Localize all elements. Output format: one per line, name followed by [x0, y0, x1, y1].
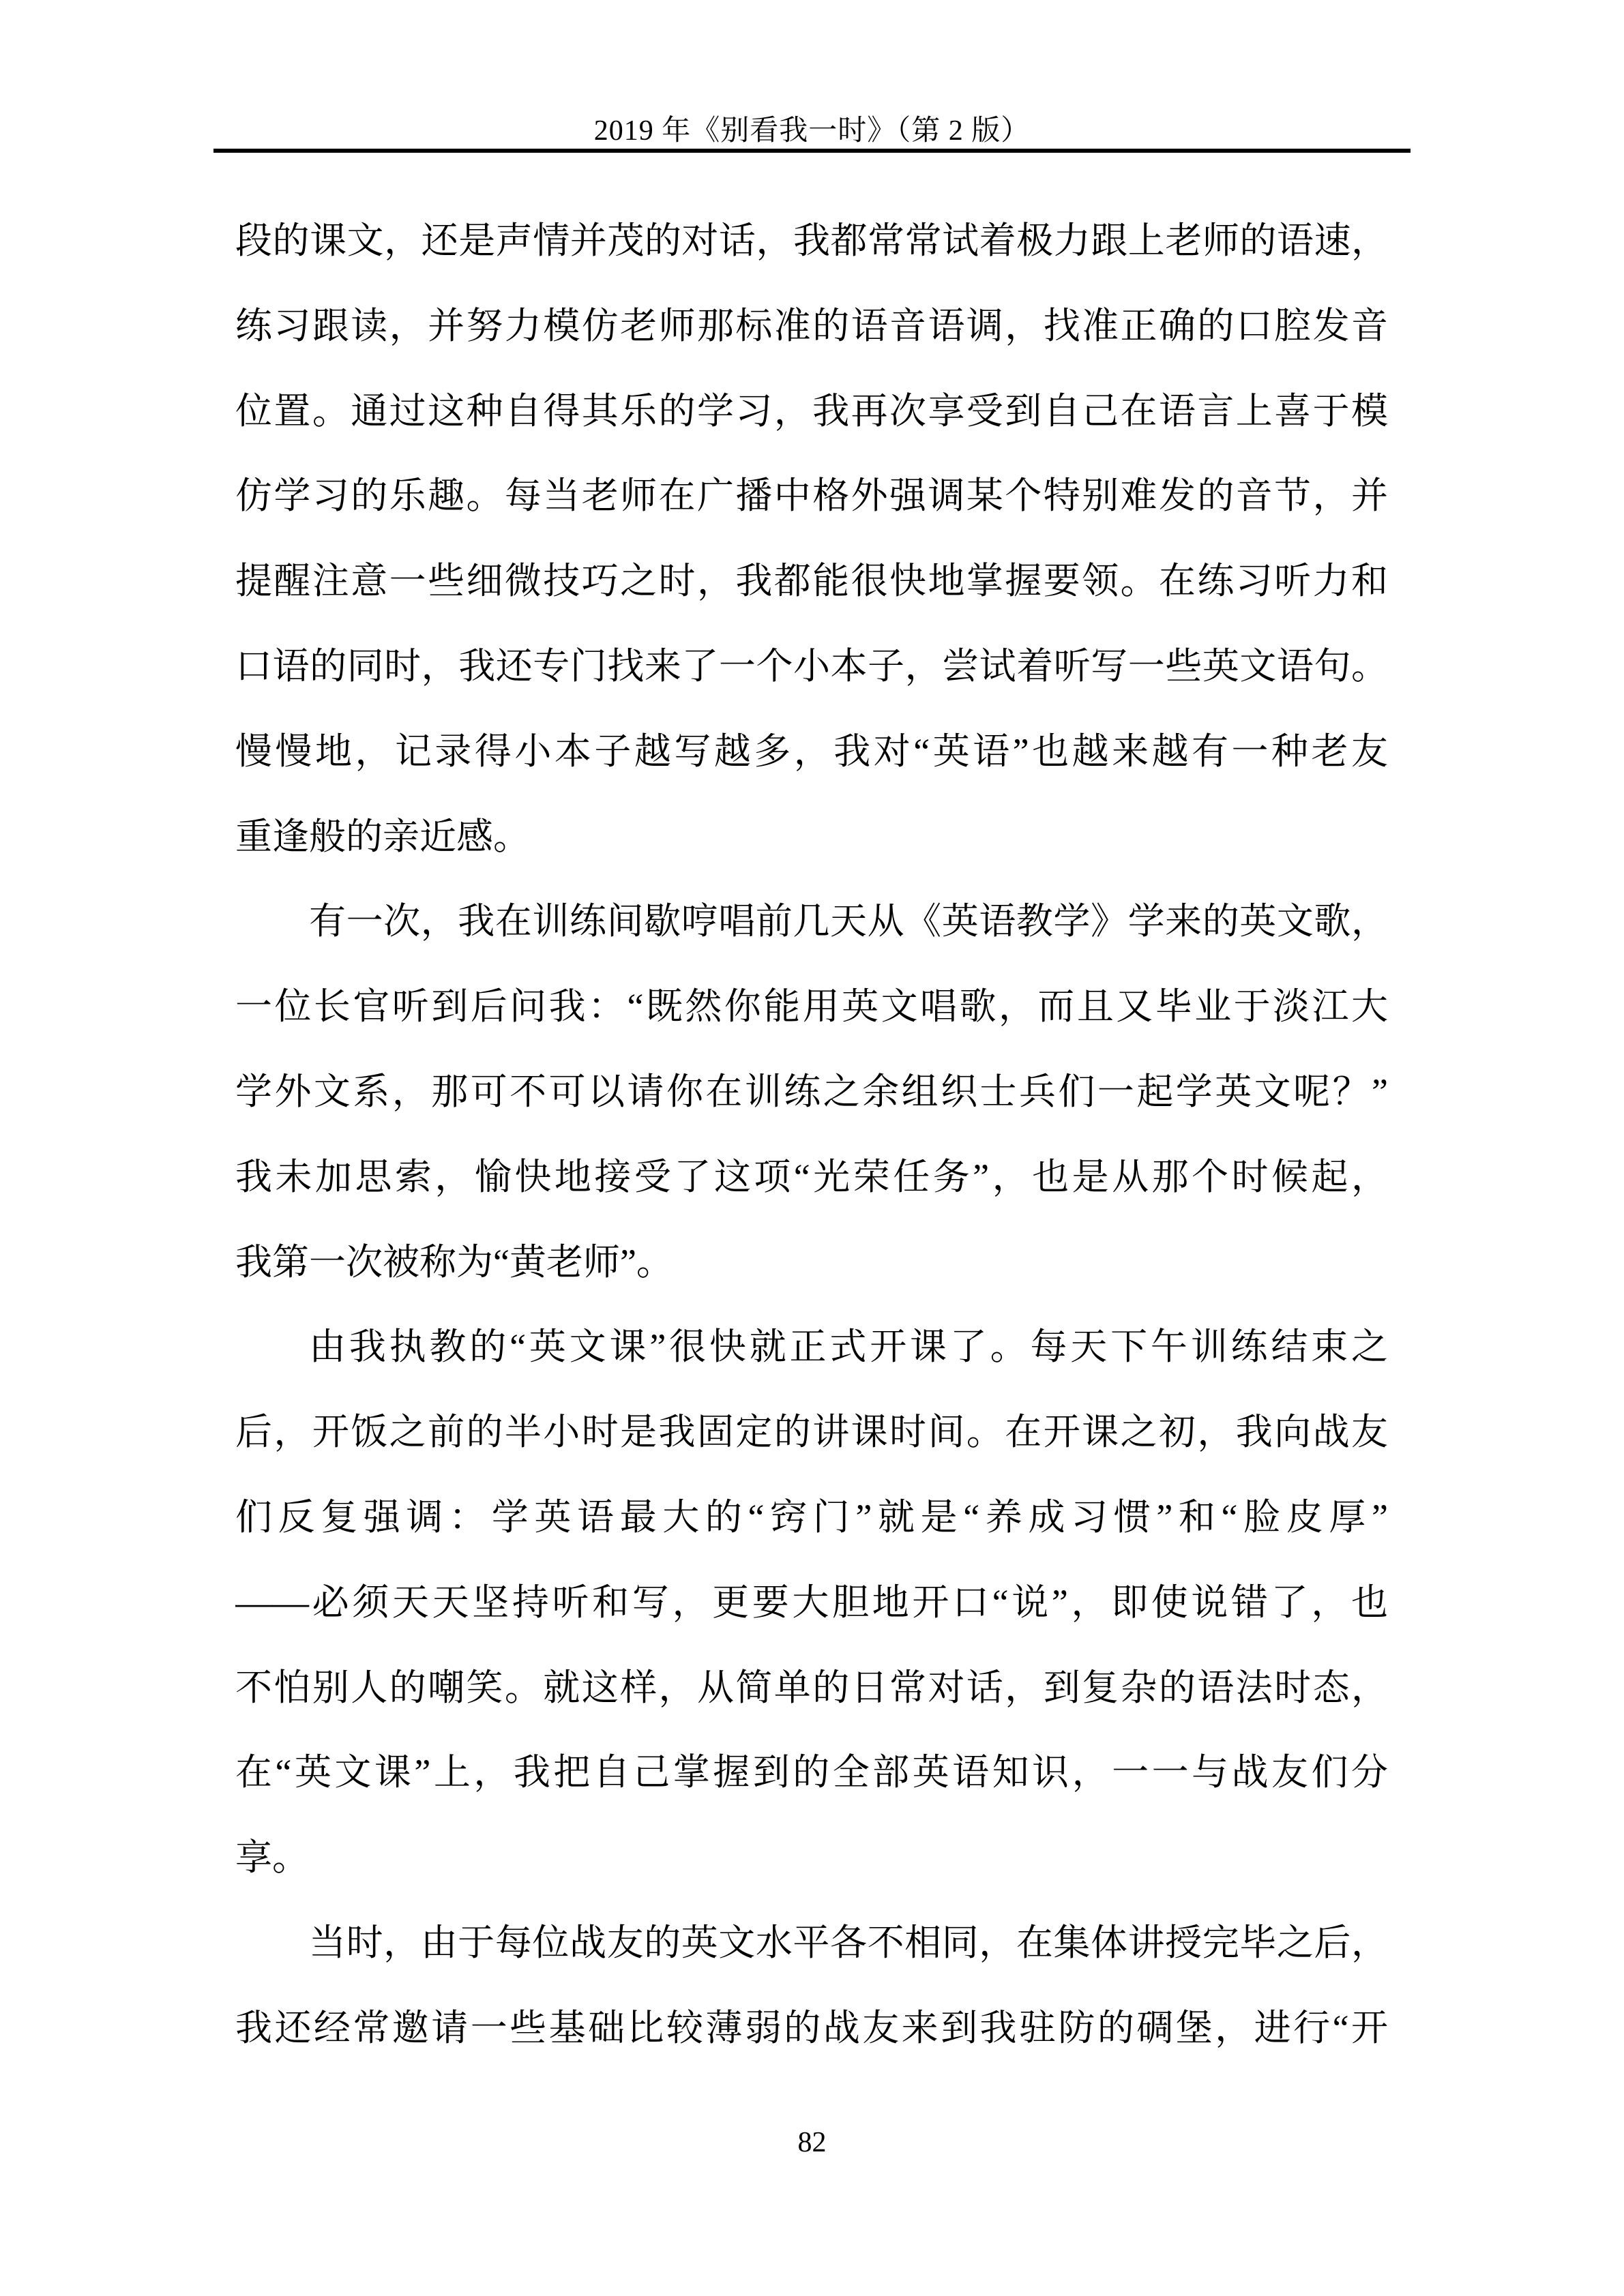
text-line: 练习跟读，并努力模仿老师那标准的语音语调，找准正确的口腔发音	[235, 284, 1388, 369]
text-line: 我第一次被称为“黄老师”。	[235, 1220, 1388, 1305]
text-line: 们反复强调：学英语最大的“窍门”就是“养成习惯”和“脸皮厚”	[235, 1475, 1388, 1560]
text-line: 段的课文，还是声情并茂的对话，我都常常试着极力跟上老师的语速，	[235, 198, 1388, 284]
text-line: 由我执教的“英文课”很快就正式开课了。每天下午训练结束之	[235, 1304, 1388, 1390]
document-page: 2019 年《别看我一时》（第 2 版） 段的课文，还是声情并茂的对话，我都常常…	[0, 0, 1624, 2296]
text-line: 口语的同时，我还专门找来了一个小本子，尝试着听写一些英文语句。	[235, 624, 1388, 709]
page-header-title: 2019 年《别看我一时》（第 2 版）	[0, 108, 1624, 149]
page-number: 82	[0, 2126, 1624, 2159]
text-line: 当时，由于每位战友的英文水平各不相同，在集体讲授完毕之后，	[235, 1900, 1388, 1986]
text-line: 我还经常邀请一些基础比较薄弱的战友来到我驻防的碉堡，进行“开	[235, 1986, 1388, 2071]
text-line: 有一次，我在训练间歇哼唱前几天从《英语教学》学来的英文歌，	[235, 879, 1388, 964]
text-line: 不怕别人的嘲笑。就这样，从简单的日常对话，到复杂的语法时态，	[235, 1645, 1388, 1731]
text-line: 慢慢地，记录得小本子越写越多，我对“英语”也越来越有一种老友	[235, 709, 1388, 794]
text-line: 我未加思索，愉快地接受了这项“光荣任务”，也是从那个时候起，	[235, 1135, 1388, 1220]
text-line: 享。	[235, 1815, 1388, 1900]
header-divider-rule	[213, 149, 1411, 153]
text-line: 仿学习的乐趣。每当老师在广播中格外强调某个特别难发的音节，并	[235, 453, 1388, 539]
text-line: 后，开饭之前的半小时是我固定的讲课时间。在开课之初，我向战友	[235, 1390, 1388, 1475]
text-line: 一位长官听到后问我：“既然你能用英文唱歌，而且又毕业于淡江大	[235, 964, 1388, 1049]
text-line: ——必须天天坚持听和写，更要大胆地开口“说”，即使说错了，也	[235, 1560, 1388, 1645]
text-line: 位置。通过这种自得其乐的学习，我再次享受到自己在语言上喜于模	[235, 369, 1388, 454]
text-line: 提醒注意一些细微技巧之时，我都能很快地掌握要领。在练习听力和	[235, 539, 1388, 624]
text-line: 学外文系，那可不可以请你在训练之余组织士兵们一起学英文呢？”	[235, 1049, 1388, 1135]
text-line: 重逢般的亲近感。	[235, 794, 1388, 880]
text-line: 在“英文课”上，我把自己掌握到的全部英语知识，一一与战友们分	[235, 1730, 1388, 1815]
body-text: 段的课文，还是声情并茂的对话，我都常常试着极力跟上老师的语速， 练习跟读，并努力…	[235, 198, 1388, 2071]
